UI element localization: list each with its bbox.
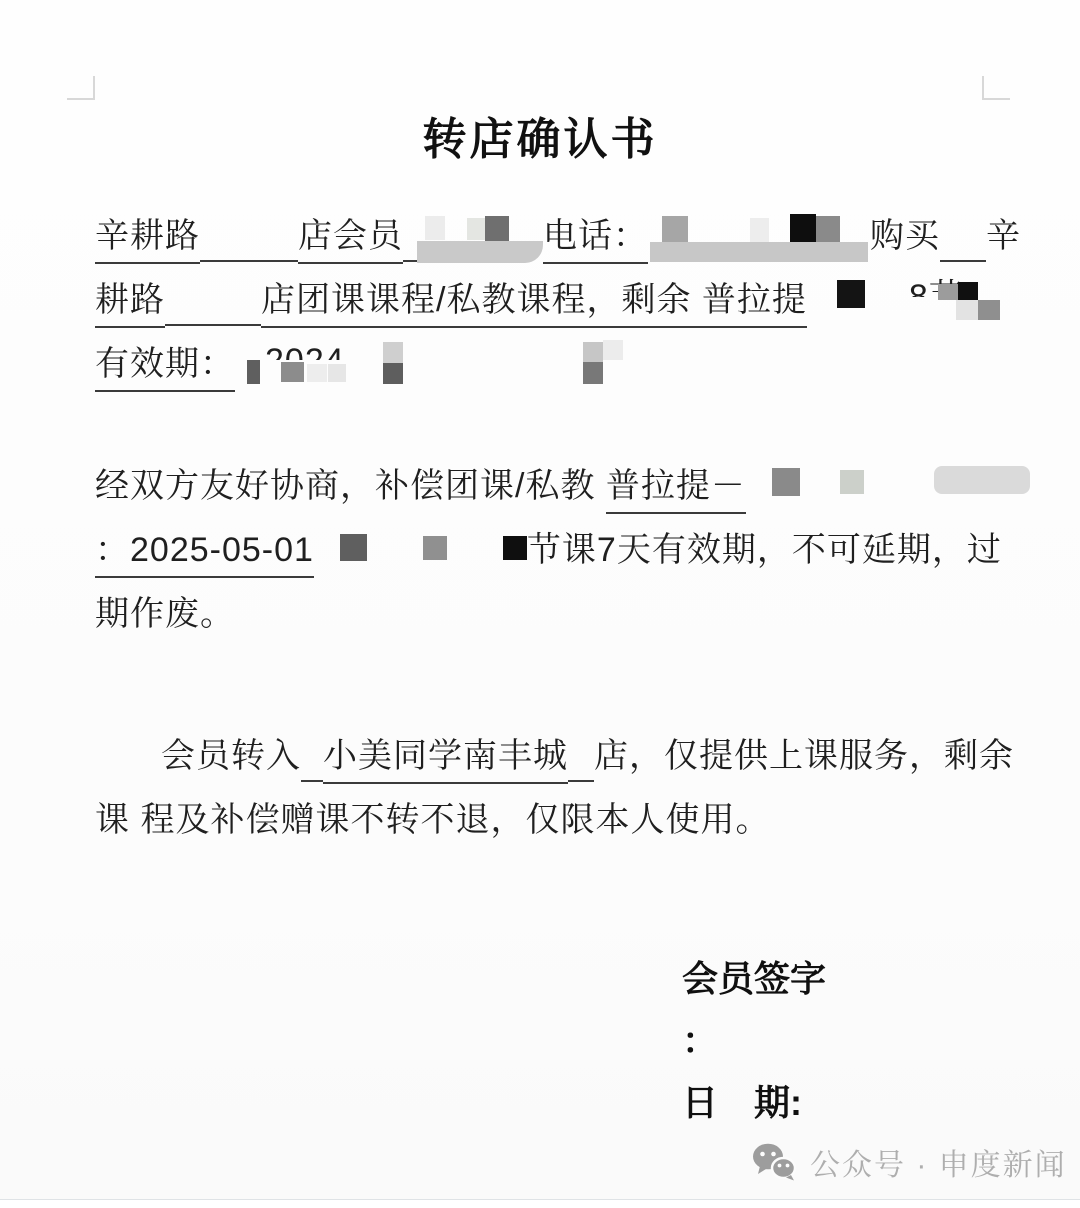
redaction-block <box>938 284 960 300</box>
page-corner-mark-left <box>67 76 95 100</box>
redaction-block <box>956 300 978 320</box>
doc-text-segment: 小美同学南丰城 <box>323 734 568 784</box>
spacer <box>807 278 837 279</box>
doc-text-segment: ：2025-05-01 <box>95 528 314 578</box>
redaction-block <box>837 280 865 308</box>
doc-text-segment: 店会员 <box>298 214 403 264</box>
watermark: 公众号 · 申度新闻 <box>752 1140 1067 1184</box>
doc-text-line: 经双方友好协商，补偿团课/私教 普拉提－ <box>95 464 1020 528</box>
redaction-block <box>383 342 403 363</box>
redaction-block <box>423 536 447 560</box>
doc-text-line: 期作废。 <box>95 592 1020 656</box>
redaction-block <box>662 216 688 244</box>
doc-text-line: 耕路店团课课程/私教课程，剩余 普拉提8节 <box>95 278 1020 342</box>
redaction-block <box>328 364 346 382</box>
redaction-block <box>383 363 403 384</box>
blank-underline <box>403 214 417 262</box>
doc-text-segment: 购买 <box>870 214 940 258</box>
date-label: 日 期: <box>682 1082 826 1124</box>
redaction-block <box>840 470 864 494</box>
doc-text-segment: 辛耕路 <box>95 214 200 264</box>
redaction-block <box>750 218 769 242</box>
doc-text-segment: 店，仅提供上课服务，剩余 <box>594 734 1014 778</box>
blank-underline <box>568 734 594 782</box>
doc-text-segment: 电话： <box>543 214 648 264</box>
redaction-block <box>934 466 1030 494</box>
bottom-strip <box>0 1199 1080 1208</box>
spacer <box>95 734 161 735</box>
redaction-cluster <box>648 214 870 264</box>
spacer <box>865 278 909 279</box>
doc-text-line: 有效期：2024 <box>95 342 1020 406</box>
doc-text-line: 会员转入小美同学南丰城店，仅提供上课服务，剩余 <box>95 734 1020 798</box>
wechat-icon <box>752 1143 798 1181</box>
redaction-cluster <box>964 278 1004 326</box>
redaction-block <box>340 534 367 561</box>
doc-text-segment: 经双方友好协商，补偿团课/私教 <box>95 464 606 508</box>
blank-underline <box>940 214 986 262</box>
spacer <box>800 464 840 465</box>
doc-text-segment: 耕路 <box>95 278 165 328</box>
doc-text-segment: 辛 <box>986 214 1021 258</box>
redaction-block <box>425 216 445 240</box>
spacer <box>367 528 423 529</box>
member-signature-colon: ： <box>682 1020 826 1062</box>
page-corner-mark-right <box>982 76 1010 100</box>
document-title: 转店确认书 <box>0 103 1080 167</box>
signature-block: 会员签字 ： 日 期: <box>682 958 826 1124</box>
document-photo: 转店确认书 辛耕路店会员电话：购买辛耕路店团课课程/私教课程，剩余 普拉提8节有… <box>0 0 1080 1199</box>
spacer <box>746 464 772 465</box>
redaction-block <box>485 216 509 242</box>
redaction-block <box>978 300 1000 320</box>
doc-text-segment: 有效期： <box>95 342 235 392</box>
redaction-block <box>281 362 304 382</box>
membership-info-paragraph: 辛耕路店会员电话：购买辛耕路店团课课程/私教课程，剩余 普拉提8节有效期：202… <box>95 214 1020 406</box>
watermark-label: 公众号 · 申度新闻 <box>810 1140 1067 1184</box>
redaction-block <box>307 364 327 382</box>
doc-text-fragment: 2024 <box>265 342 345 360</box>
blank-underline <box>200 214 298 262</box>
redaction-block <box>958 282 978 300</box>
blank-underline <box>165 278 261 326</box>
redaction-block <box>583 362 603 384</box>
compensation-paragraph: 经双方友好协商，补偿团课/私教 普拉提－：2025-05-01节课7天有效期，不… <box>95 464 1020 656</box>
redaction-block <box>417 241 543 263</box>
doc-text-line: 课 程及补偿赠课不转不退，仅限本人使用。 <box>95 798 1020 862</box>
redaction-block <box>467 218 485 240</box>
redaction-cluster: 2024 <box>235 342 655 392</box>
doc-text-segment: 课 程及补偿赠课不转不退，仅限本人使用。 <box>95 798 770 842</box>
redaction-block <box>816 216 840 242</box>
redaction-cluster <box>417 214 543 264</box>
doc-text-segment: 节课7天有效期，不可延期，过 <box>527 528 1002 572</box>
spacer <box>447 528 503 529</box>
doc-text-line: 辛耕路店会员电话：购买辛 <box>95 214 1020 278</box>
member-signature-label: 会员签字 <box>682 958 826 1000</box>
doc-text-segment: 期作废。 <box>95 592 235 636</box>
redaction-block <box>790 214 816 242</box>
doc-text-segment: 店团课课程/私教课程，剩余 普拉提 <box>261 278 807 328</box>
redaction-block <box>603 340 623 360</box>
redaction-block <box>772 468 800 496</box>
spacer <box>314 528 340 529</box>
transfer-terms-paragraph: 会员转入小美同学南丰城店，仅提供上课服务，剩余课 程及补偿赠课不转不退，仅限本人… <box>95 734 1020 862</box>
blank-underline <box>301 734 323 782</box>
doc-text-segment: 会员转入 <box>161 734 301 778</box>
redaction-block <box>650 242 868 262</box>
redaction-block <box>503 536 527 560</box>
spacer <box>864 464 934 465</box>
doc-text-segment: 普拉提－ <box>606 464 746 514</box>
redaction-block <box>247 360 260 384</box>
doc-text-line: ：2025-05-01节课7天有效期，不可延期，过 <box>95 528 1020 592</box>
redaction-block <box>583 342 603 362</box>
